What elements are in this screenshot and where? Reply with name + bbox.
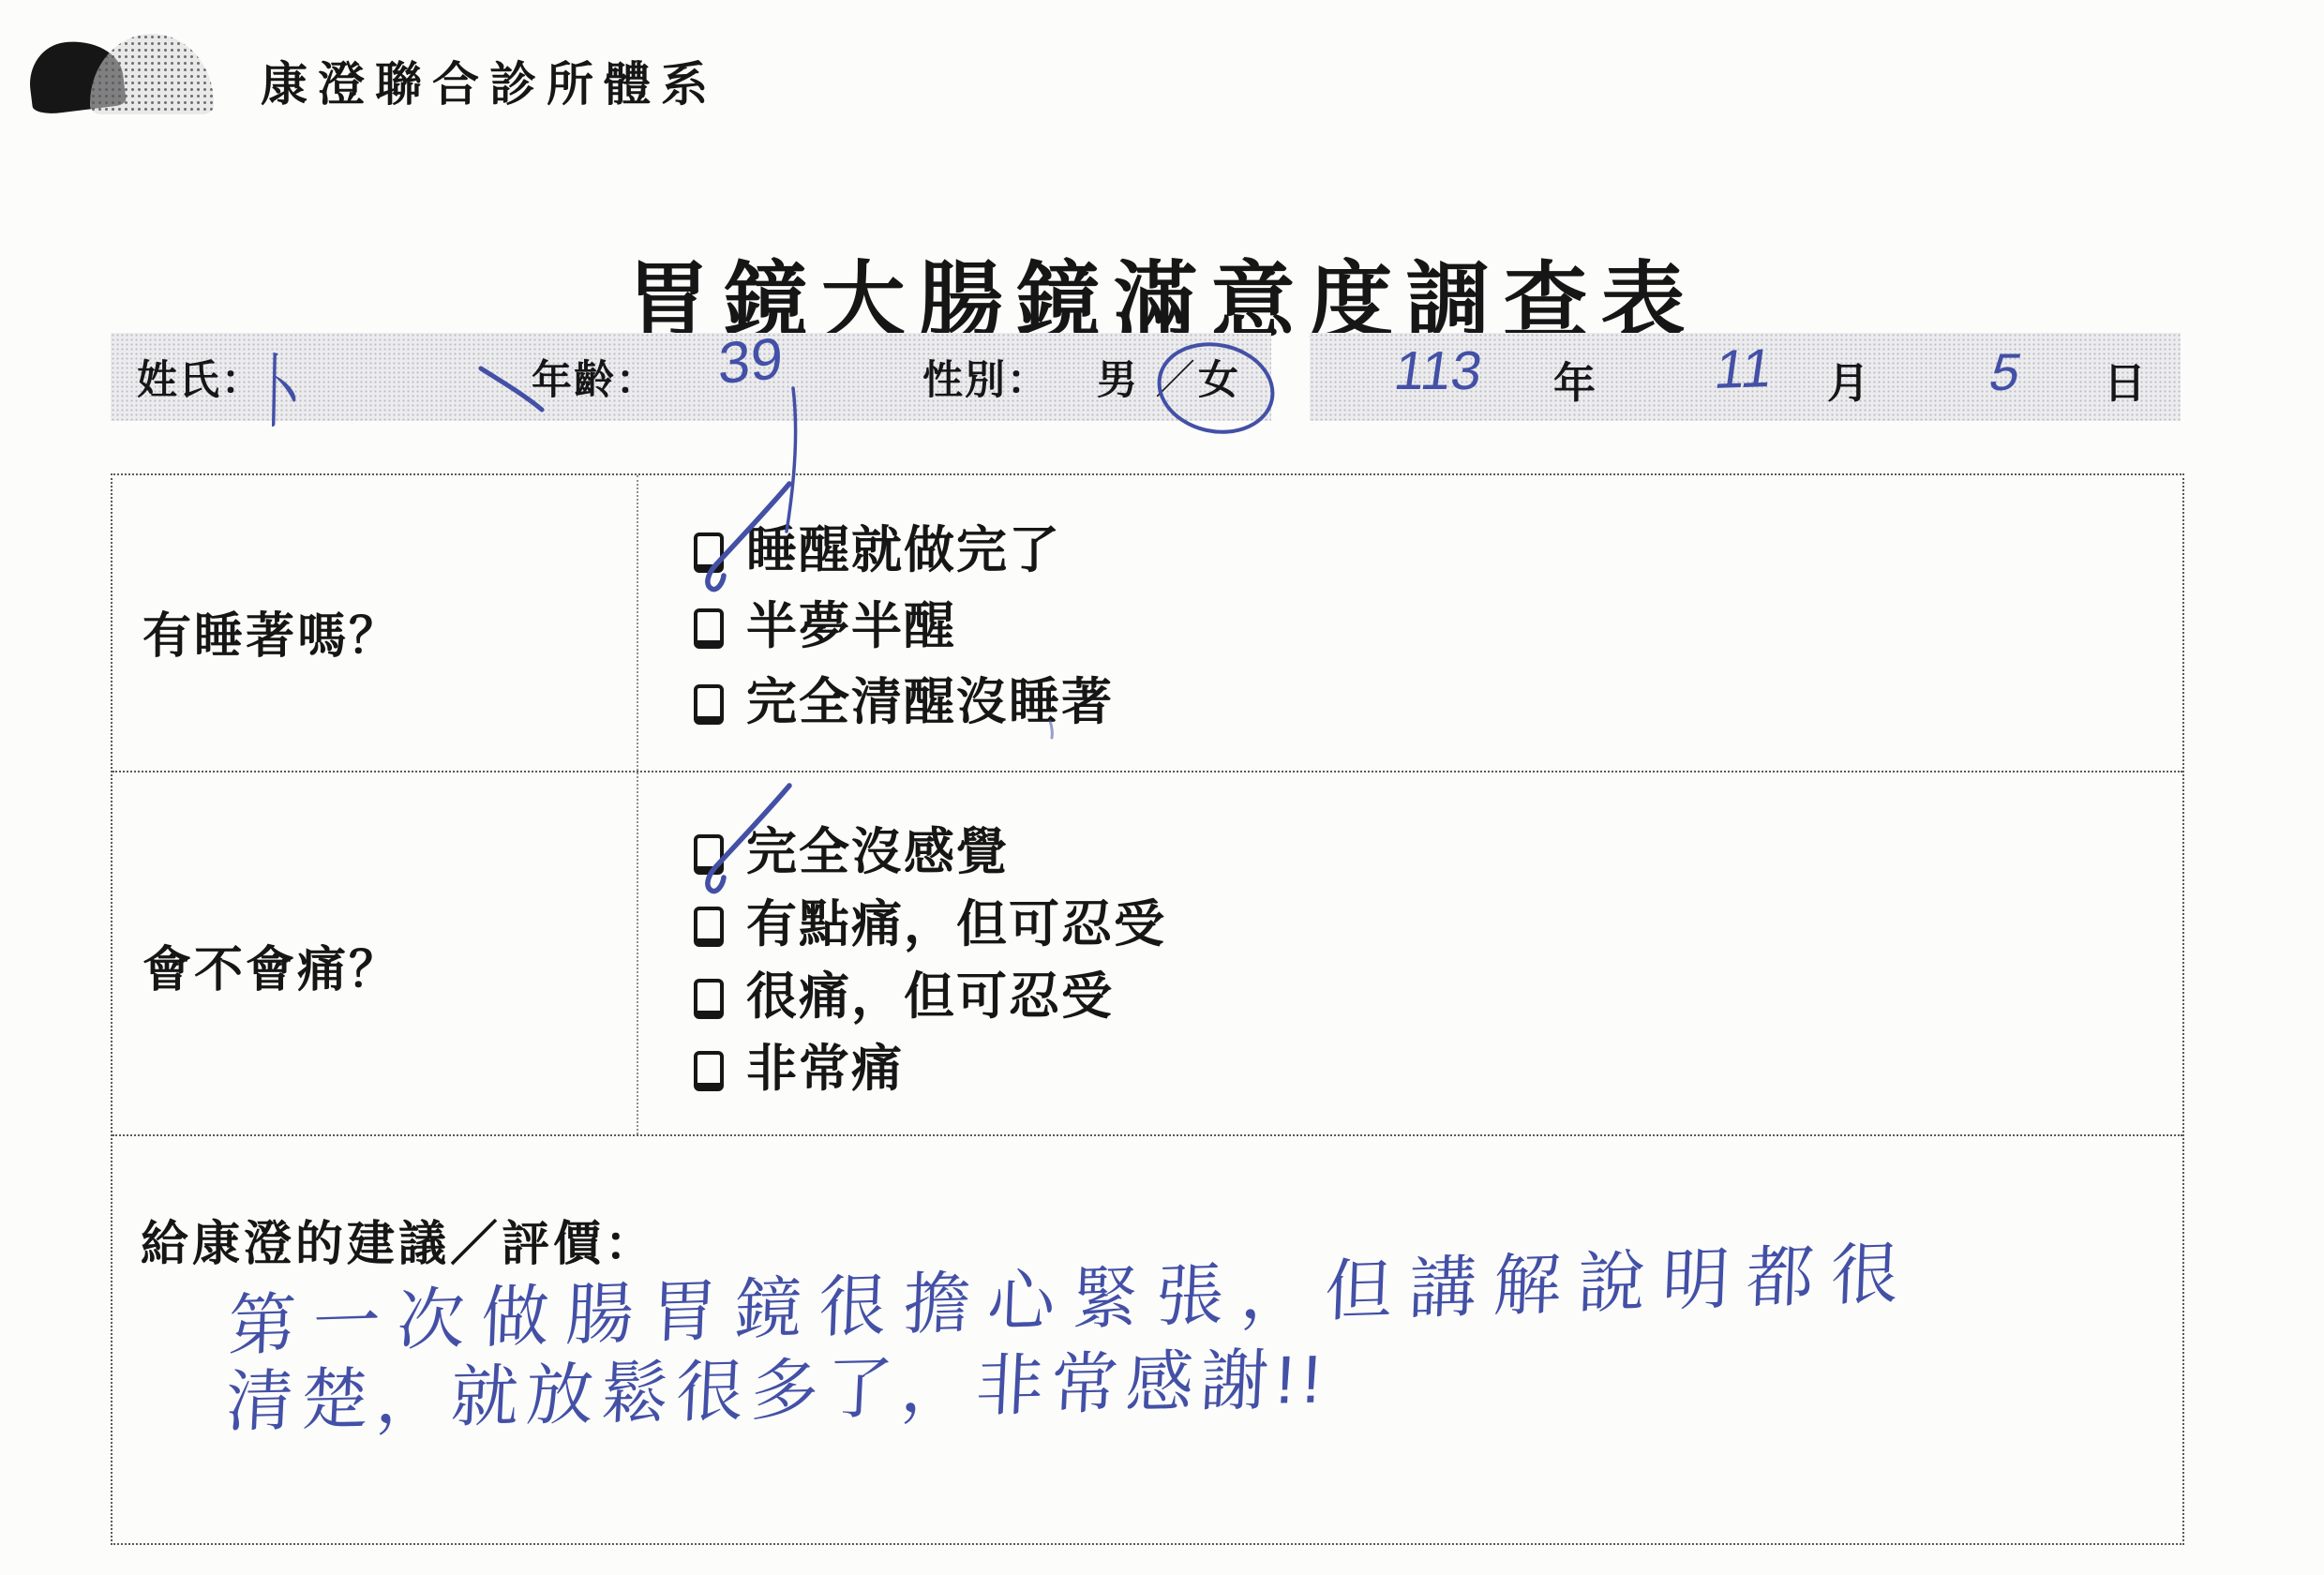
option-label: 有點痛，但可忍受 bbox=[746, 897, 1166, 952]
year-value-handwritten: 113 bbox=[1390, 339, 1486, 402]
question-sleep-label: 有睡著嗎？ bbox=[142, 596, 400, 667]
clinic-logo-gray-dome bbox=[90, 34, 214, 114]
row-divider-2 bbox=[112, 1134, 2182, 1136]
month-label: 月 bbox=[1827, 349, 1871, 410]
pen-checkmark bbox=[688, 780, 801, 902]
option-label: 非常痛 bbox=[746, 1042, 904, 1096]
survey-option-row[interactable]: 半夢半醒 bbox=[694, 599, 956, 655]
age-value-handwritten: 39 bbox=[718, 325, 784, 397]
day-label: 日 bbox=[2104, 349, 2148, 410]
checkbox-icon[interactable] bbox=[694, 907, 724, 947]
survey-option-row[interactable]: 睡醒就做完了 bbox=[694, 523, 1061, 579]
year-label: 年 bbox=[1553, 349, 1597, 410]
option-label: 很痛，但可忍受 bbox=[746, 969, 1114, 1024]
survey-option-row[interactable]: 完全清醒沒睡著 bbox=[694, 675, 1114, 731]
age-label: 年齡： bbox=[532, 349, 658, 406]
column-divider bbox=[637, 475, 638, 1134]
survey-option-row[interactable]: 很痛，但可忍受 bbox=[694, 969, 1114, 1026]
month-value-handwritten: 11 bbox=[1711, 337, 1777, 401]
checkbox-icon[interactable] bbox=[694, 1051, 724, 1091]
checkbox-icon[interactable] bbox=[694, 979, 724, 1019]
gender-option-female[interactable]: 女 bbox=[1198, 349, 1240, 406]
row-divider-1 bbox=[112, 771, 2182, 772]
question-pain-label: 會不會痛？ bbox=[142, 930, 400, 1000]
checkbox-icon[interactable] bbox=[694, 834, 724, 875]
checkbox-icon[interactable] bbox=[694, 608, 724, 649]
option-label: 半夢半醒 bbox=[746, 599, 956, 653]
checkbox-icon[interactable] bbox=[694, 532, 724, 573]
checkbox-icon[interactable] bbox=[694, 684, 724, 725]
gender-label: 性別： bbox=[922, 349, 1049, 406]
survey-option-row[interactable]: 完全沒感覺 bbox=[694, 825, 1009, 881]
clinic-name: 康澄聯合診所體系 bbox=[261, 47, 718, 114]
pen-checkmark bbox=[688, 478, 801, 600]
survey-option-row[interactable]: 有點痛，但可忍受 bbox=[694, 897, 1166, 953]
name-value-handwritten: 卜 bbox=[252, 326, 301, 445]
survey-option-row[interactable]: 非常痛 bbox=[694, 1042, 904, 1098]
scanned-survey-form: 康澄聯合診所體系 胃鏡大腸鏡滿意度調查表 姓氏： 卜 年齡： 39 性別： 男 … bbox=[0, 0, 2324, 1575]
gender-option-male[interactable]: 男 bbox=[1097, 349, 1139, 406]
name-label: 姓氏： bbox=[137, 349, 263, 406]
gender-separator: ／ bbox=[1155, 349, 1197, 406]
option-label: 完全清醒沒睡著 bbox=[746, 675, 1114, 729]
